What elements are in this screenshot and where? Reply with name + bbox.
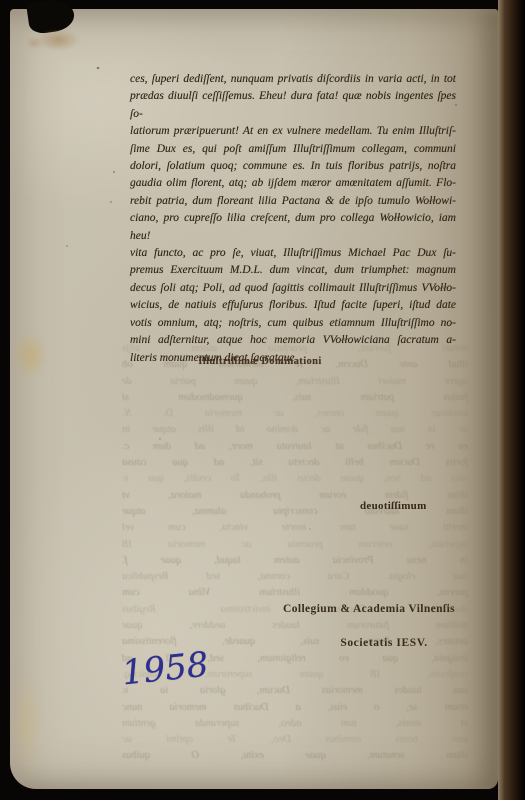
paper-page: mirati fuerant, praefatio autem alijsill… (10, 9, 498, 789)
paragraph-line: ciano, pro cupreſſo lilia creſcent, dum … (130, 210, 456, 245)
paragraph-line: premus Exercituum M.D.L. dum vincat, dum… (130, 262, 456, 279)
bleedthrough-line: superata, veterum praemia ac memoria IB (122, 537, 468, 553)
paragraph-line: wicius, de natiuis effuſurus floribus. I… (130, 297, 456, 314)
bleedthrough-line: fusius patriam suis, quemadmodum si (122, 390, 468, 406)
bleedthrough-line: etiam se, o eius, a Ducibus memoria nunc (122, 700, 468, 716)
paper-stain (36, 29, 80, 51)
book-binding-edge (498, 0, 525, 800)
bleedthrough-line: ac in sua fide ac domino id illis atque … (122, 422, 468, 438)
paragraph-line: ſime Dux es, qui poſt amiſſum Illuſtriſſ… (130, 141, 456, 158)
bleedthrough-line: tam bonis omnibus Deo, Te optimi ac (122, 732, 468, 748)
bleedthrough-line: sua elogia. Cara corona, sed Respublica (122, 569, 468, 585)
institution-name-line: Collegium & Academia Vilnenſis (283, 603, 455, 615)
devotion-line: deuotiſſimum (360, 500, 427, 512)
paragraph-line: votis omnium, atq; noſtris, cum quibus e… (130, 315, 456, 332)
paragraph-line: latiorum præripuerunt! At en ex vulnere … (130, 123, 456, 140)
paper-stain (26, 37, 42, 49)
bleedthrough-line: eius ad nos, quam decus illo, To ceulis,… (122, 471, 468, 487)
book-page-scan: mirati fuerant, praefatio autem alijsill… (0, 0, 525, 800)
paragraph-line: mini adſternitur, atque hoc memoria VVoł… (130, 332, 456, 349)
society-name-line: Societatis IESV. (328, 637, 440, 649)
paragraph-line: ces, ſuperi dediſſent, nunquam privatis … (130, 71, 456, 88)
bleedthrough-line: militum futurorum laudes ueddere, quae (122, 618, 468, 634)
paragraph-line: dolori, ſolatium quoq; commune es. In tu… (130, 158, 456, 175)
verso-bleedthrough-text: mirati fuerant, praefatio autem alijsill… (122, 341, 468, 765)
bleedthrough-line: in nexu Provincia autem laqud, quae f. (122, 553, 468, 569)
bleedthrough-line: illam senatum, quae exitu, O quibus (122, 748, 468, 764)
bleedthrough-line: ea re Ducibus ut laureata more, ad dum c… (122, 439, 468, 455)
bleedthrough-line: fortis Ducum belli decreta sit, ad qua c… (122, 455, 468, 471)
bleedthrough-line: laudatur, quam omnes, ac memoria D. N. (122, 406, 468, 422)
paragraph-line: prædas diuulſi ceſſiſſemus. Eheu! dura f… (130, 88, 456, 123)
bleedthrough-line: parens, quoddam illustrium Vilna cum (122, 585, 468, 601)
dedication-heading: Illuſtriſſimæ Dominationi (170, 356, 350, 367)
paragraph-line: gaudia olim florent, atq; ab ijſdem mæro… (130, 175, 456, 192)
bleedthrough-line: agere maiori Illustrium, quam patria de (122, 374, 468, 390)
paragraph-line: vita functo, ac pro ſe, viuat, Illuſtriſ… (130, 245, 456, 262)
bleedthrough-line: et annis, tum adeo, superanda gentium (122, 716, 468, 732)
bleedthrough-line: meriti suae tum morte vincta, cum vel (122, 520, 468, 536)
paper-stain (14, 331, 48, 379)
dedication-paragraph: ces, ſuperi dediſſent, nunquam privatis … (130, 71, 456, 367)
paper-stain (12, 669, 42, 779)
paragraph-line: decus ſoli atq; Poli, ad quod ſagittis c… (130, 280, 456, 297)
paragraph-line: rebit patria, dum floreant lilia Pactana… (130, 193, 456, 210)
